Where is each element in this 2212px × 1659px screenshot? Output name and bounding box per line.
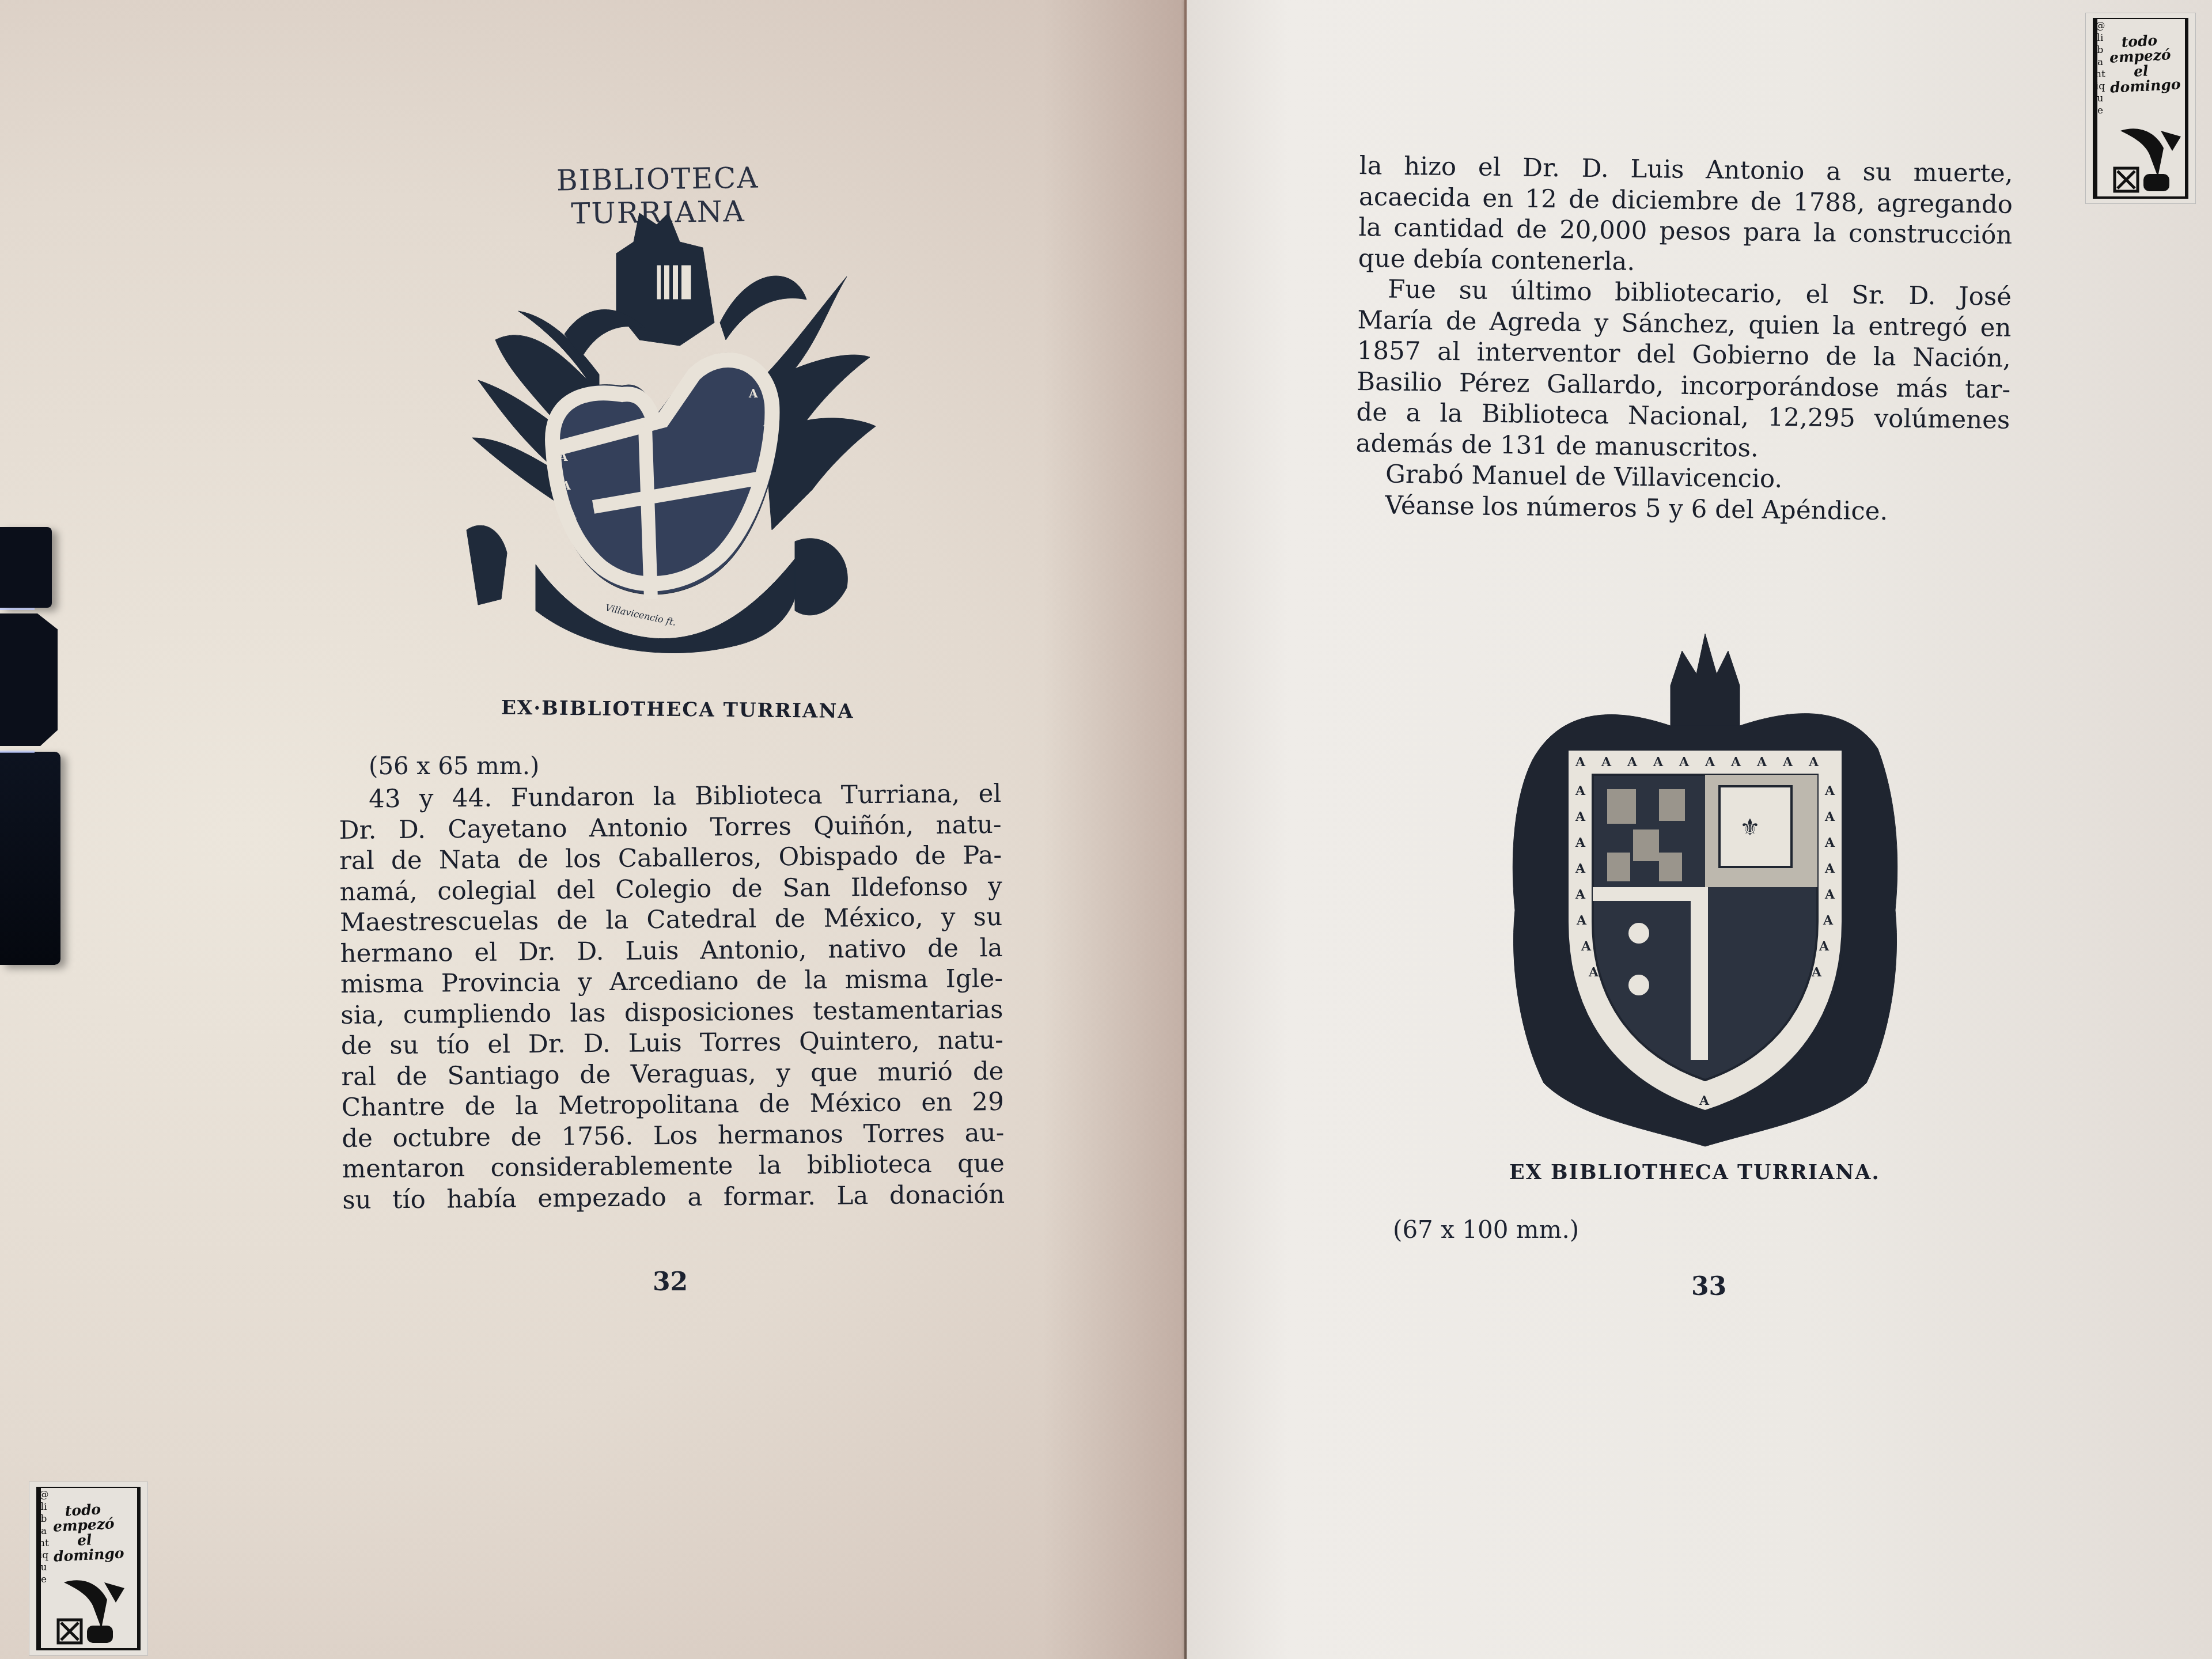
svg-text:A: A xyxy=(1824,887,1835,902)
svg-text:A: A xyxy=(1823,913,1834,928)
svg-text:A: A xyxy=(1627,755,1638,770)
svg-text:A: A xyxy=(561,479,571,493)
svg-text:A: A xyxy=(1819,939,1830,954)
svg-text:A: A xyxy=(558,450,568,464)
text-line: ral de Nata de los Caballeros, Obispado … xyxy=(339,840,1002,877)
svg-text:A: A xyxy=(1575,809,1586,824)
svg-text:A: A xyxy=(578,536,588,550)
svg-text:A: A xyxy=(748,387,758,400)
dimensions-left: (56 x 65 mm.) xyxy=(369,752,539,780)
svg-text:A: A xyxy=(763,415,772,429)
svg-text:A: A xyxy=(1808,755,1819,770)
svg-text:A: A xyxy=(1824,861,1835,876)
text-line: de su tío el Dr. D. Luis Torres Quintero… xyxy=(341,1025,1003,1062)
svg-text:A: A xyxy=(1679,755,1690,770)
svg-text:A: A xyxy=(567,507,577,521)
svg-text:A: A xyxy=(1811,965,1822,980)
watermark-title: todo empezó el domingo xyxy=(2107,32,2173,96)
text-line: misma Provincia y Arcediano de la misma … xyxy=(340,964,1003,1001)
svg-text:A: A xyxy=(1575,783,1586,798)
binder-clip xyxy=(0,527,62,965)
text-line: su tío había empezado a formar. La donac… xyxy=(342,1179,1005,1216)
svg-text:A: A xyxy=(1705,755,1715,770)
watermark-handle: @libantique xyxy=(2095,20,2105,117)
svg-text:A: A xyxy=(1730,755,1741,770)
text-line: Chantre de la Metropolitana de México en… xyxy=(342,1087,1004,1124)
coat-of-arms-helmeted-icon: AAAA AAAAA Villavicencio ft. xyxy=(449,207,887,668)
page-number-left: 32 xyxy=(653,1267,688,1297)
text-line: Dr. D. Cayetano Antonio Torres Quiñón, n… xyxy=(339,809,1001,846)
text-line: Maestrescuelas de la Catedral de México,… xyxy=(340,902,1002,939)
body-text-right: la hizo el Dr. D. Luis Antonio a su muer… xyxy=(1355,151,2013,529)
svg-text:A: A xyxy=(1581,939,1592,954)
svg-text:A: A xyxy=(1756,755,1767,770)
svg-text:⚜: ⚜ xyxy=(1740,815,1760,841)
svg-text:A: A xyxy=(1824,809,1835,824)
svg-text:A: A xyxy=(1575,861,1586,876)
text-line: ral de Santiago de Veraguas, y que murió… xyxy=(341,1056,1003,1093)
watermark-handle: @libantique xyxy=(39,1489,49,1586)
svg-text:A: A xyxy=(743,507,752,521)
watermark-logo: @libantique todo empezó el domingo xyxy=(29,1482,148,1656)
body-text-left: 43 y 44. Fundaron la Biblioteca Turriana… xyxy=(339,779,1005,1216)
svg-text:A: A xyxy=(1824,783,1835,798)
page-number-right: 33 xyxy=(1691,1272,1726,1301)
coat-of-arms-quartered-shield-icon: ⚜ AAAAAAAAAA AAAAAAAA AAAAAAAA A xyxy=(1498,611,1912,1164)
watermark-logo: @libantique todo empezó el domingo xyxy=(2085,13,2196,204)
text-line: namá, colegial del Colegio de San Ildefo… xyxy=(339,871,1002,908)
svg-text:A: A xyxy=(1653,755,1664,770)
bookplate-caption-left: EX·BIBLIOTHECA TURRIANA xyxy=(501,696,854,723)
svg-text:A: A xyxy=(764,444,774,458)
svg-text:A: A xyxy=(1699,1093,1710,1108)
svg-text:A: A xyxy=(757,473,767,487)
book-gutter xyxy=(1184,0,1187,1659)
svg-text:A: A xyxy=(1782,755,1793,770)
quill-inkwell-icon xyxy=(2109,119,2184,194)
text-line: mentaron considerablemente la biblioteca… xyxy=(342,1149,1005,1185)
svg-text:A: A xyxy=(1575,755,1586,770)
dimensions-right: (67 x 100 mm.) xyxy=(1393,1215,1579,1244)
svg-text:A: A xyxy=(1588,965,1599,980)
svg-text:A: A xyxy=(1576,913,1587,928)
svg-text:A: A xyxy=(1601,755,1612,770)
engraver-signature: Villavicencio ft. xyxy=(604,602,677,628)
svg-text:A: A xyxy=(1824,835,1835,850)
svg-text:A: A xyxy=(1575,887,1586,902)
bookplate-caption-right: EX BIBLIOTHECA TURRIANA. xyxy=(1509,1161,1880,1184)
text-line: 43 y 44. Fundaron la Biblioteca Turriana… xyxy=(339,779,1001,816)
quill-inkwell-icon xyxy=(52,1571,127,1646)
watermark-title: todo empezó el domingo xyxy=(51,1501,117,1565)
svg-text:A: A xyxy=(1575,835,1586,850)
